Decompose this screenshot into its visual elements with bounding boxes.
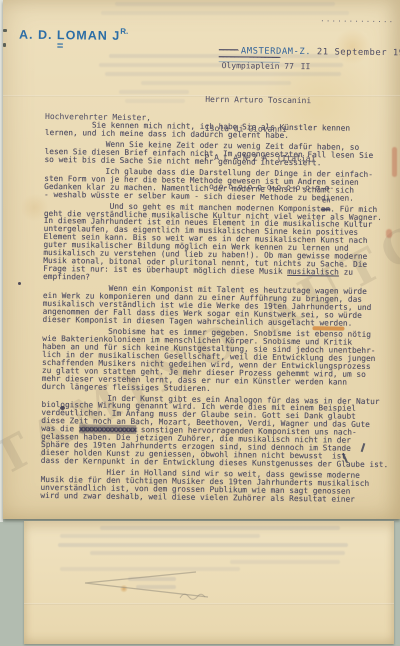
letter-body: Sie kennen mich nicht, ich habe Sie als …	[40, 121, 395, 507]
letterhead-underline: =	[57, 40, 64, 52]
ink-speck	[18, 282, 21, 285]
red-stain	[392, 147, 397, 177]
red-stain	[386, 229, 392, 238]
recipient-name: Herrn Arturo Toscanini	[205, 95, 335, 106]
paragraph: Wenn ein Komponist mit Talent es heutzut…	[43, 284, 393, 328]
paragraph: Snobisme hat es immer gegeben. Snobisme …	[42, 327, 393, 395]
pencil-signature-mark	[24, 521, 394, 644]
paragraph: In der Kunst gibt es ein Analogon für da…	[41, 393, 392, 469]
ink-speck	[60, 406, 65, 410]
letterhead-name-text: A. D. LOMAN J	[19, 28, 120, 43]
letterhead-name-suffix: R.	[120, 27, 128, 36]
dotted-line: .............	[320, 15, 394, 24]
letterhead-name: A. D. LOMAN JR.	[19, 26, 128, 43]
scanned-letter-page: { "letterhead": { "name": "A. D. LOMAN J…	[0, 0, 400, 646]
letter-front-sheet: TAMINO AUTOGRAPHS A. D. LOMAN JR. = ....…	[3, 0, 400, 519]
paragraph: Ich glaube dass die Darstellung der Ding…	[44, 167, 394, 203]
paragraph: Sie kennen mich nicht, ich habe Sie als …	[45, 121, 395, 141]
typed-line: wird und zwar deshalb, weil diese vielen…	[40, 492, 390, 504]
paragraph: Wenn Sie keine Zeit oder zu wenig Zeit d…	[44, 140, 394, 168]
paragraph: Und so geht es mit manchen modernen Komp…	[43, 202, 394, 286]
street-address: Olympiaplein 77	[222, 61, 294, 71]
typed-content: A. D. LOMAN JR. = ............. AMSTERDA…	[0, 0, 400, 523]
floor-number: II	[301, 62, 311, 71]
date-text: 21 September 1936	[311, 47, 400, 58]
paragraph: Hier in Holland sind wir so weit, dass g…	[40, 468, 390, 504]
letter-folded-flap	[24, 521, 394, 644]
